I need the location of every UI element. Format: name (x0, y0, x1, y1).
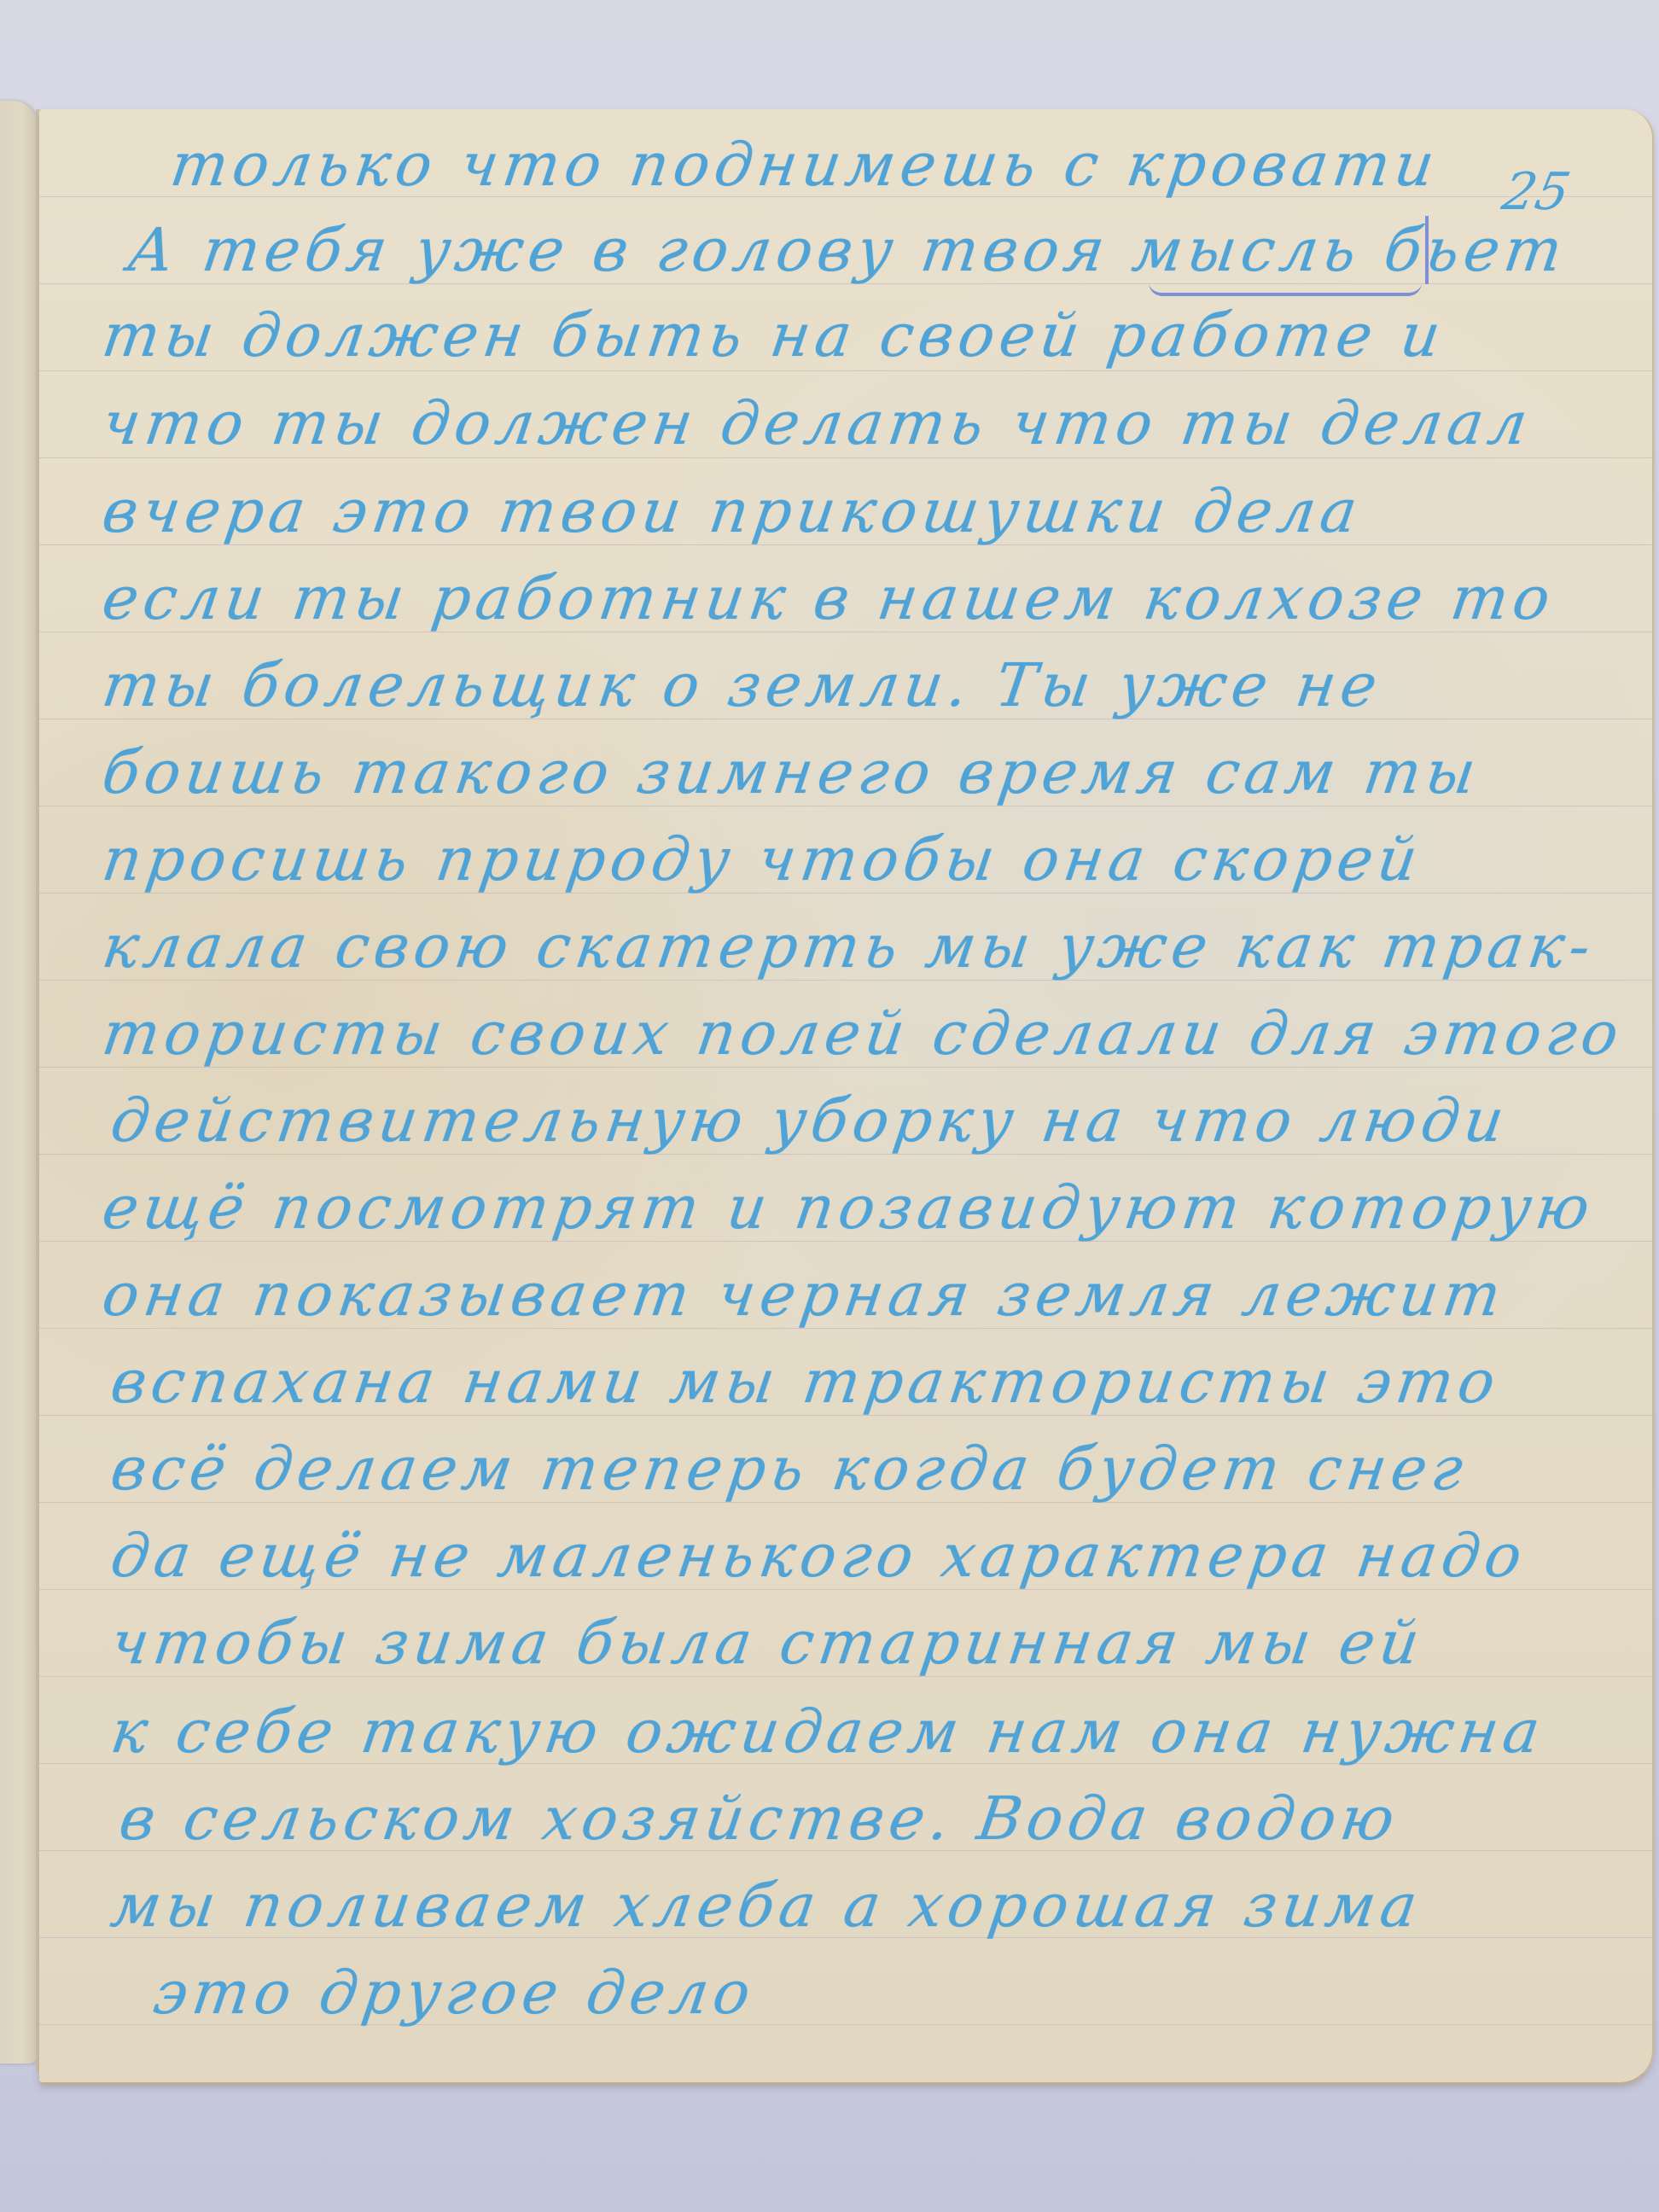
text-line-2: А тебя уже в голову твоя мысль бьет (125, 220, 1571, 280)
text-line-10: клала свою скатерть мы уже как трак- (99, 917, 1599, 976)
text-line-14: она показывает черная земля лежит (99, 1265, 1510, 1324)
notebook-page: 25 только что поднимешь с кровати А тебя… (39, 109, 1654, 2084)
text-line-17: да ещё не маленького характера надо (108, 1526, 1530, 1586)
text-line-7: ты болельщик о земли. Ты уже не (99, 655, 1386, 715)
text-line-22: это другое дело (150, 1963, 759, 2023)
text-line-12: действительную уборку на что люди (108, 1091, 1512, 1150)
text-line-1: только что поднимешь с кровати (167, 135, 1443, 195)
text-line-16: всё делаем теперь когда будет снег (108, 1439, 1471, 1499)
text-line-9: просишь природу чтобы она скорей (99, 829, 1426, 889)
text-line-8: боишь такого зимнего время сам ты (99, 742, 1484, 802)
text-line-6: если ты работник в нашем колхозе то (99, 568, 1558, 628)
text-line-4: что ты должен делать что ты делал (99, 393, 1536, 453)
text-line-19: к себе такую ожидаем нам она нужна (108, 1702, 1548, 1761)
text-line-3: ты должен быть на своей работе и (99, 306, 1449, 365)
text-line-21: мы поливаем хлеба а хорошая зима (108, 1876, 1426, 1935)
text-line-15: вспахана нами мы трактористы это (108, 1352, 1504, 1412)
text-line-18: чтобы зима была старинная мы ей (108, 1613, 1428, 1673)
handwritten-text: только что поднимешь с кровати А тебя уж… (39, 109, 1652, 2082)
text-line-20: в сельском хозяйстве. Вода водою (116, 1789, 1403, 1848)
text-line-5: вчера это твои прикошушки дела (99, 481, 1365, 541)
text-line-11: тористы своих полей сделали для этого (99, 1004, 1627, 1063)
text-line-13: ещё посмотрят и позавидуют которую (99, 1178, 1598, 1237)
previous-page-edge (0, 101, 38, 2064)
